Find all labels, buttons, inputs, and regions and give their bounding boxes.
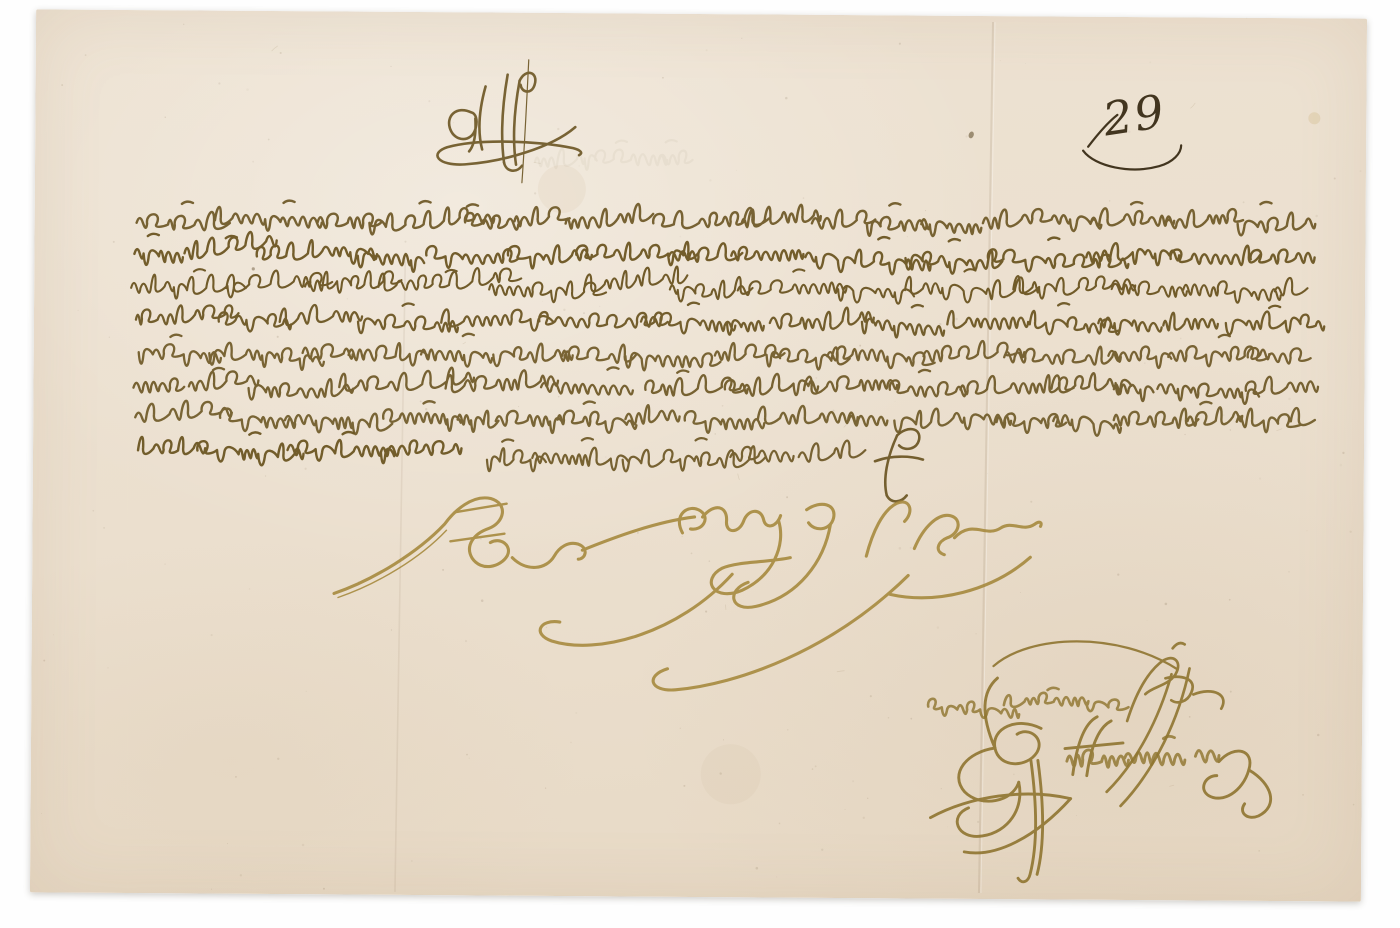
paper-speck [103,527,105,529]
paper-speck [895,401,896,402]
paper-speck [466,754,468,756]
secretary-knot [994,723,1041,764]
paper-speck [987,473,988,474]
paper-speck [1353,804,1355,806]
paper-speck [955,318,957,320]
paper-speck [803,197,805,199]
paper-speck [812,768,814,770]
paper-speck [1258,850,1260,852]
paper-speck [518,406,519,407]
paper-speck [563,309,565,311]
paper-speck [679,236,681,238]
paper-fiber [546,627,547,628]
paper-speck [662,77,664,79]
manuscript-art: 29 [30,9,1367,901]
paper-speck [1147,620,1148,621]
paper-speck [1230,691,1232,693]
dark-fleck [968,131,975,139]
handwritten-line [131,263,1308,308]
paper-speck [1026,287,1027,288]
paper-speck [579,166,580,167]
faint-stain [538,165,586,213]
paper-fiber [1170,785,1174,786]
paper-speck [787,729,788,730]
paper-speck [1117,573,1119,575]
paper-speck [723,739,724,740]
fold-crease-right [979,22,993,893]
paper-speck [218,82,220,84]
handwritten-line [487,437,866,474]
cipher-stroke [502,75,520,165]
paper-speck [709,179,711,181]
paper-speck [888,717,890,719]
paper-speck [1229,599,1231,601]
paper-speck [420,401,422,403]
paper-speck [453,122,454,123]
paper-speck [1315,215,1318,218]
paper-speck [246,88,249,91]
paper-speck [268,139,270,141]
paper-speck [558,396,560,398]
paper-speck [481,599,484,602]
handwritten-line [139,327,1311,377]
attestation-arc [994,641,1178,670]
paper-speck [85,54,87,56]
folio-number-text: 29 [1098,84,1169,147]
paper-speck [165,117,166,118]
paper-speck [605,457,606,458]
manuscript-page: 29 [30,9,1367,901]
paper-speck [480,538,481,539]
royal-signature [333,497,1041,693]
signature-swash [653,574,908,692]
paper-speck [705,610,707,612]
dateline-rubric [875,429,924,502]
paper-fiber [837,671,844,672]
paper-fiber [463,342,466,344]
paper-speck [570,742,571,743]
paper-speck [1302,794,1304,796]
paper-speck [469,758,470,759]
paper-speck [867,798,868,799]
paper-speck [428,100,430,102]
paper-speck [422,255,423,256]
paper-speck [277,336,279,338]
paper-speck [61,84,63,86]
paper-speck [1350,531,1352,533]
paper-speck [280,52,282,54]
paper-fiber [1277,429,1282,431]
paper-speck [1165,603,1168,606]
paper-speck [323,888,325,890]
paper-speck [1076,815,1077,816]
paper-speck [305,468,307,470]
paper-speck [859,345,861,347]
paper-speck [680,728,681,729]
handwritten-line [135,394,1315,440]
paper-speck [722,405,724,407]
paper-speck [1317,734,1320,737]
paper-speck [1223,415,1224,416]
paper-speck [545,787,546,788]
paper-speck [302,844,305,847]
paper-speck [1184,434,1185,435]
paper-speck [1063,16,1064,17]
paper-speck [815,765,817,767]
paper-speck [390,66,391,67]
paper-speck [977,821,979,823]
paper-speck [1246,17,1247,18]
paper-speck [1243,201,1245,203]
cipher-flourish [437,126,581,165]
small-yellow-spot [1308,112,1320,124]
paper-speck [1180,338,1182,340]
paper-speck [211,889,212,890]
signature-stroke [954,522,1041,539]
paper-speck [741,38,742,39]
paper-speck [1013,774,1015,776]
paper-speck [277,758,279,760]
paper-speck [937,626,939,628]
paper-speck [946,555,947,556]
paper-speck [1288,571,1289,572]
paper-speck [1189,716,1191,718]
paper-fiber [272,46,278,51]
paper-stains [248,105,1320,808]
signature-stroke [734,504,834,608]
paper-speck [164,563,165,564]
handwritten-line [138,431,462,467]
paper-speck [1230,429,1231,430]
rubric-stroke [897,429,919,449]
fold-crease-right-highlight [981,22,995,893]
paper-speck [442,569,444,571]
paper-speck [557,128,559,130]
paper-speck [391,629,392,630]
cipher-hairline [522,60,529,183]
folio-number: 29 [1083,83,1182,169]
paper-speck [683,785,685,787]
paper-speck [1149,61,1151,63]
paper-speck [534,192,536,194]
paper-speck [211,634,213,636]
paper-speck [899,547,902,550]
paper-speck [1288,398,1291,401]
signature-stroke [512,516,694,569]
paper-speck [947,826,948,827]
signature-stroke [679,507,780,533]
paper-speck [599,306,600,307]
paper-speck [939,323,941,325]
paper-speck [714,433,716,435]
paper-speck [863,817,865,819]
paper-speck [815,377,817,379]
paper-speck [1340,464,1343,467]
rubric-stroke [885,435,897,495]
paper-speck [1306,530,1307,531]
paper-speck [113,241,115,243]
attestation-descenders [1107,668,1190,807]
paper-speck [852,780,854,782]
paper-speck [907,236,908,237]
signature-swash [890,556,1030,598]
paper-speck [43,660,45,662]
paper-speck [249,588,250,589]
secretary-stem [1018,760,1043,882]
paper-speck [183,24,184,25]
secretary-name [1067,736,1219,768]
paper-speck [107,667,109,669]
attestation-rey [1127,643,1224,722]
paper-speck [92,510,94,512]
paper-speck [691,552,693,554]
paper-speck [821,849,823,851]
paper-speck [785,97,788,100]
paper-speck [1360,170,1362,172]
secretary-knot [930,793,1070,818]
paper-speck [1144,362,1146,364]
paper-speck [252,161,254,163]
rubric-stroke [875,456,923,461]
paper-speck [637,532,639,534]
signature-stroke [334,497,509,595]
paper-speck [779,823,781,825]
paper-speck [240,874,242,876]
paper-speck [756,867,759,870]
paper-speck [53,634,54,635]
dark-fleck [252,267,255,270]
paper-speck [404,241,406,243]
paper-speck [910,718,912,720]
paper-speck [1025,63,1026,64]
paper-speck [910,547,912,549]
paper-speck [41,813,42,814]
faint-stain [701,744,761,804]
paper-speck [1109,200,1111,202]
paper-speck [709,560,711,562]
paper-speck [347,298,348,299]
paper-speck [411,860,413,862]
paper-speck [719,772,721,774]
paper-speck [109,337,110,338]
paper-speck [1259,478,1261,480]
paper-speck [941,788,942,789]
paper-speck [265,475,266,476]
handwritten-line [134,231,1314,278]
paper-speck [425,408,427,410]
paper-speck [1000,60,1001,61]
signature-swash [540,573,732,646]
paper-speck [845,809,846,810]
attestation-words [928,687,1129,719]
secretary-knot [957,782,1020,837]
secretary-final [1204,751,1250,799]
paper-speck [965,135,967,137]
paper-speck [715,358,716,359]
paper-speck [786,496,788,498]
paper-speck [575,712,577,714]
folio-underline [1083,145,1181,170]
paper-speck [736,170,737,171]
paper-speck [706,49,708,51]
paper-speck [975,633,976,634]
handwritten-line [136,297,1325,341]
handwritten-line [133,364,1318,407]
paper-fiber [1191,103,1195,108]
paper-speck [1030,501,1032,503]
paper-speck [1334,178,1336,180]
paper-speck [465,640,467,642]
paper-speck [77,310,78,311]
paper-speck [235,776,237,778]
paper-speck [227,843,228,844]
handwritten-line [137,194,1316,241]
signature-stroke [866,502,958,557]
paper-speck [1020,592,1021,593]
scribal-cipher [437,59,581,183]
paper-speck [925,210,926,211]
paper-speck [898,263,899,264]
paper-speck [583,312,585,314]
body-text-lines [130,136,1326,477]
paper-speck [870,695,872,697]
cipher-stroke [479,86,485,149]
paper-speck [306,691,307,692]
paper-speck [227,251,228,252]
paper-fiber [738,474,740,480]
paper-speck [899,43,901,45]
paper-speck [1342,452,1344,454]
paper-speck [542,301,543,302]
paper-speck [776,877,777,878]
paper-speck [682,536,683,537]
document-scan: 29 [0,0,1400,928]
attestation-line [927,640,1223,806]
